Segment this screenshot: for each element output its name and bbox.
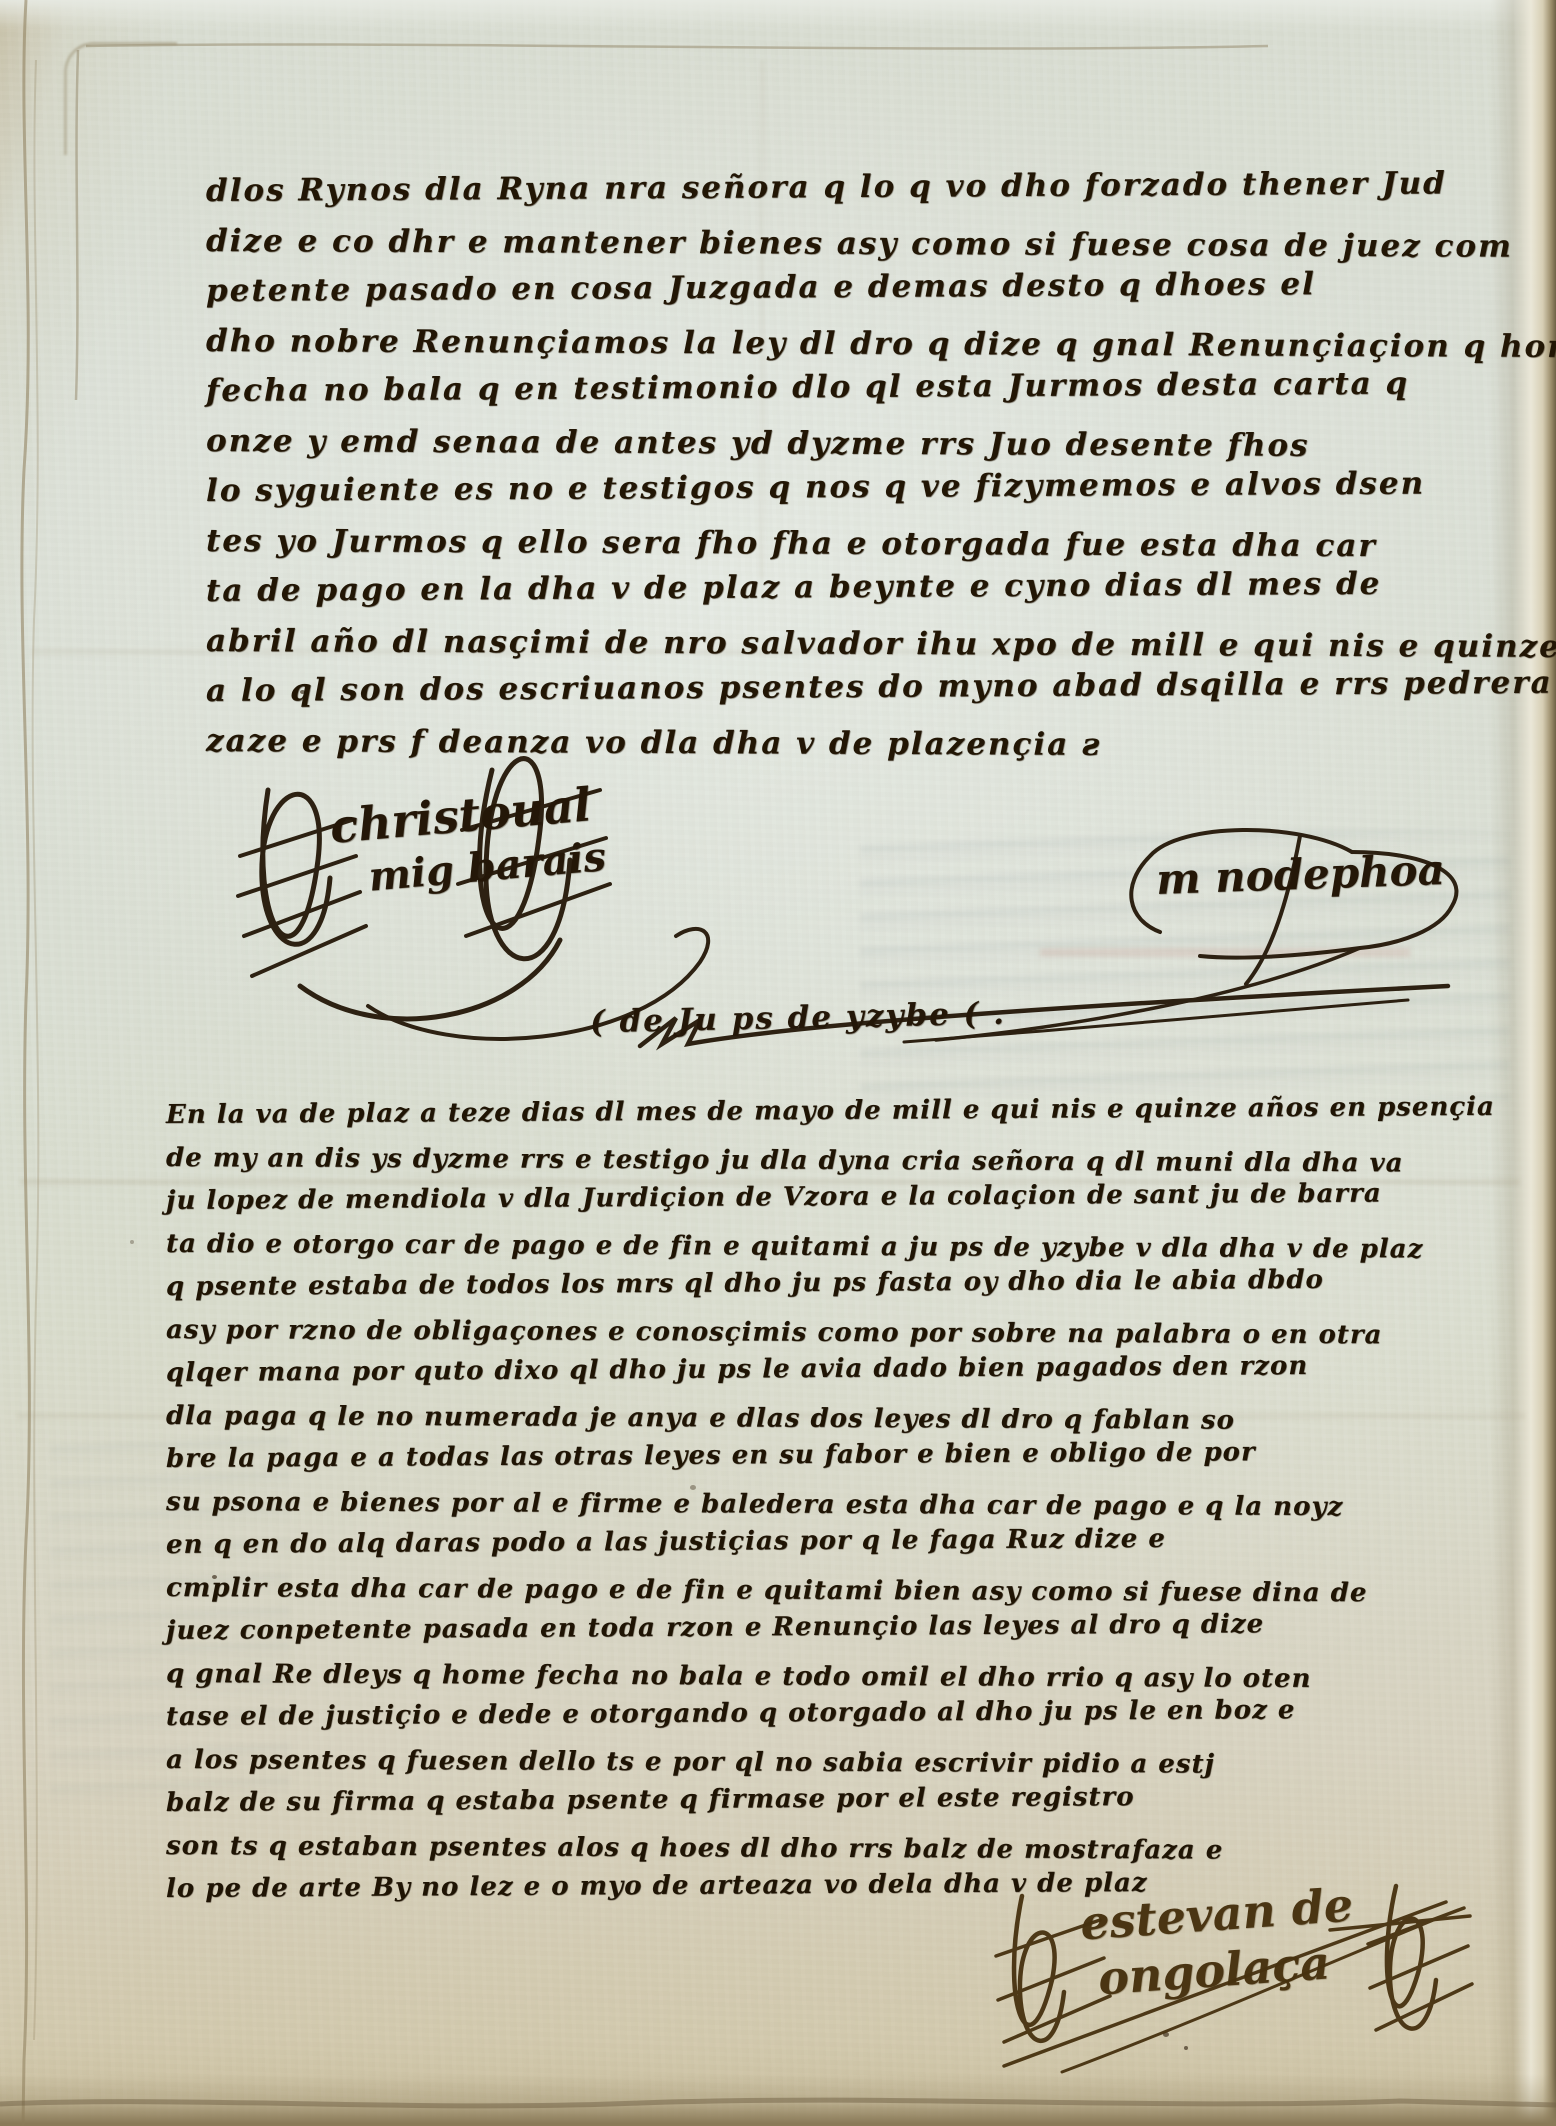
top-left-corner-crease (64, 42, 177, 155)
signature-left: christoual mig barais (328, 776, 608, 907)
manuscript-line: ju lopez de mendiola v dla Jurdiçion de … (166, 1172, 1538, 1223)
manuscript-line: bre la paga e a todas las otras leyes en… (166, 1430, 1538, 1481)
ink-speck (130, 1240, 134, 1244)
manuscript-line: en q en do alq daras podo a las justiçia… (166, 1516, 1538, 1567)
manuscript-line: tase el de justiçio e dede e otorgando q… (166, 1688, 1538, 1739)
manuscript-line: zaze e prs f deanza vo dla dha v de plaz… (206, 716, 1516, 772)
upper-text-block: dlos Rynos dla Ryna nra señora q lo q vo… (206, 166, 1516, 766)
manuscript-line: En la va de plaz a teze dias dl mes de m… (166, 1086, 1538, 1137)
pink-ink-smudge (1040, 948, 1410, 957)
paper-top-edge (0, 0, 1556, 30)
manuscript-page: dlos Rynos dla Ryna nra señora q lo q vo… (0, 0, 1556, 2126)
manuscript-line: lo syguiente es no e testigos q nos q ve… (206, 458, 1516, 516)
manuscript-line: petente pasado en cosa Juzgada e demas d… (206, 258, 1516, 316)
ink-speck (1163, 2032, 1169, 2037)
scribe-attribution-line: ( de Ju ps de yzybe ( . (590, 996, 1007, 1041)
manuscript-line: balz de su firma q estaba psente q firma… (166, 1774, 1538, 1825)
bottom-rough-edge (0, 2100, 1556, 2106)
manuscript-line: ta de pago en la dha v de plaz a beynte … (206, 558, 1516, 616)
manuscript-line: q psente estaba de todos los mrs ql dho … (166, 1258, 1538, 1309)
torn-left-edge (22, 0, 38, 2126)
lower-text-block: En la va de plaz a teze dias dl mes de m… (166, 1094, 1538, 1911)
manuscript-line: dlos Rynos dla Ryna nra señora q lo q vo… (206, 158, 1516, 216)
manuscript-line: qlqer mana por quto dixo ql dho ju ps le… (166, 1344, 1538, 1395)
manuscript-line: a lo ql son dos escriuanos psentes do my… (206, 658, 1516, 716)
manuscript-line: juez conpetente pasada en toda rzon e Re… (166, 1602, 1538, 1653)
signature-bottom-right: estevan de ongolaça (1078, 1877, 1358, 2008)
signature-right: m nodephoa (1155, 845, 1445, 904)
paper-bottom-edge (0, 2074, 1556, 2126)
manuscript-line: fecha no bala q en testimonio dlo ql est… (206, 358, 1516, 416)
ink-speck (1184, 2046, 1188, 2050)
